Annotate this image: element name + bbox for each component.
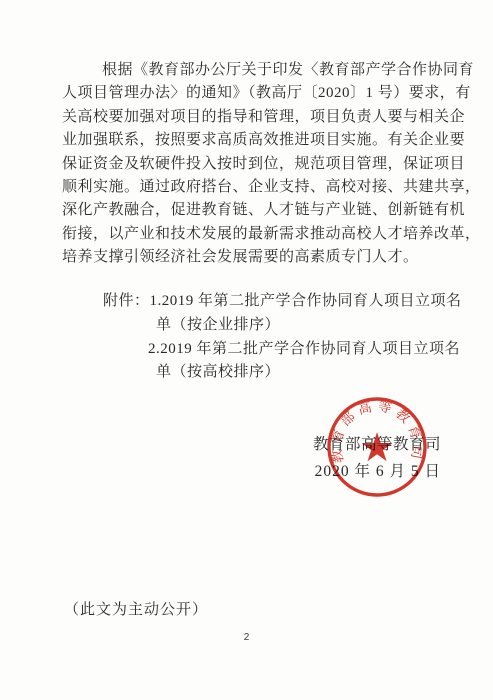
attachment-line: 单（按企业排序） xyxy=(0,314,493,338)
body-line: 培养支撑引领经济社会发展需要的高素质专门人才。 xyxy=(62,246,432,269)
body-line: 人项目管理办法〉的通知》（教高厅〔2020〕1 号）要求，有 xyxy=(62,82,432,105)
body-line: 业加强联系，按照要求高质高效推进项目实施。有关企业要 xyxy=(62,129,432,152)
attachment-line: 2.2019 年第二批产学合作协同育人项目立项名 xyxy=(0,338,493,362)
body-line: 根据《教育部办公厅关于印发〈教育部产学合作协同育 xyxy=(62,59,432,82)
attachment-line: 附件：1.2019 年第二批产学合作协同育人项目立项名 xyxy=(0,290,493,314)
body-paragraph: 根据《教育部办公厅关于印发〈教育部产学合作协同育 人项目管理办法〉的通知》（教高… xyxy=(62,59,432,270)
star-icon: ★ xyxy=(359,425,395,471)
attachment-list: 附件：1.2019 年第二批产学合作协同育人项目立项名 单（按企业排序） 2.2… xyxy=(0,290,493,385)
body-line: 关高校要加强对项目的指导和管理，项目负责人要与相关企 xyxy=(62,106,432,129)
body-line: 保证资金及软硬件投入按时到位，规范项目管理，保证项目 xyxy=(62,153,432,176)
body-line: 衔接，以产业和技术发展的最新需求推动高校人才培养改革， xyxy=(62,223,432,246)
page-number: 2 xyxy=(0,632,493,643)
document-page: 根据《教育部办公厅关于印发〈教育部产学合作协同育 人项目管理办法〉的通知》（教高… xyxy=(0,0,493,700)
footer-note: （此文为主动公开） xyxy=(64,598,208,619)
body-line: 顺利实施。通过政府搭台、企业支持、高校对接、共建共享， xyxy=(62,176,432,199)
official-seal: ★ 教育部高等教育司 xyxy=(322,392,432,502)
attachment-line: 单（按高校排序） xyxy=(0,361,493,385)
body-line: 深化产教融合，促进教育链、人才链与产业链、创新链有机 xyxy=(62,199,432,222)
